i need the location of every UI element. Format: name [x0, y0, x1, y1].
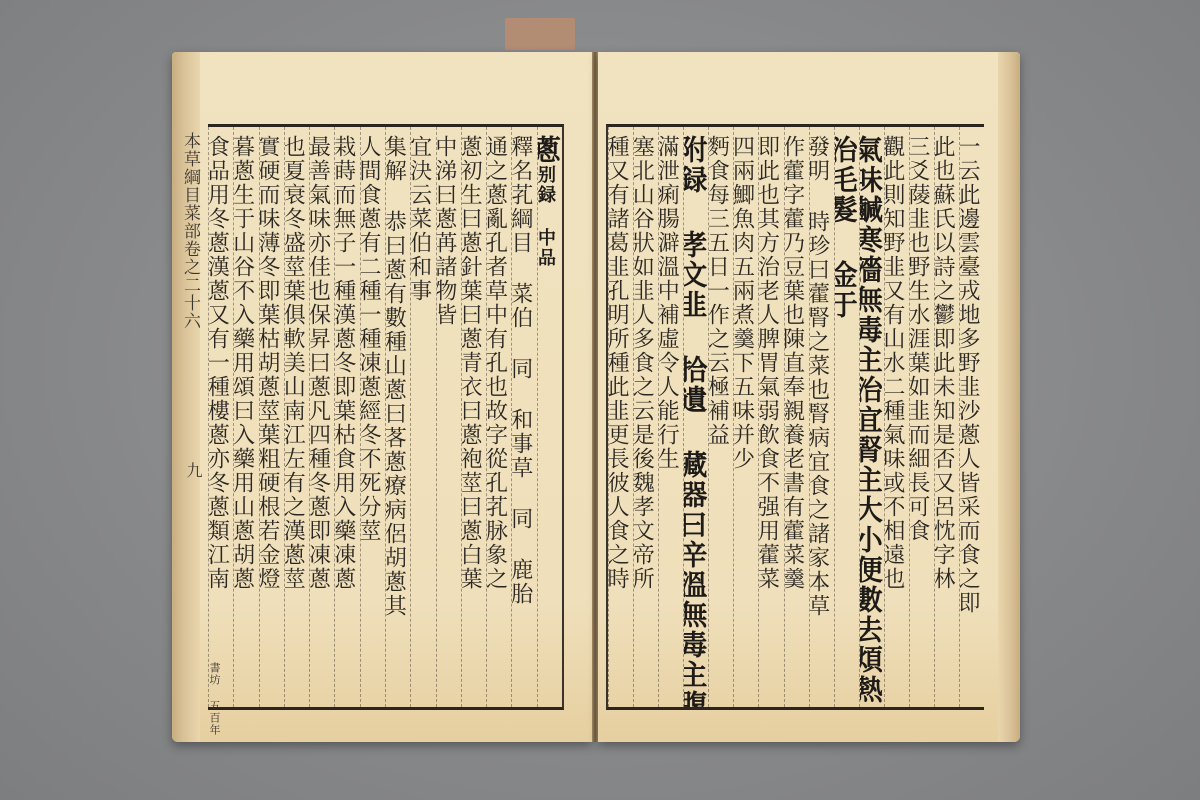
text-column: 一云此邊雲臺戎地多野韭沙蔥人皆采而食之即: [959, 127, 984, 707]
text-column: 塞北山谷狀如韭人多食之云是後魏孝文帝所: [633, 127, 658, 707]
text-column: 三爻䔖韭也野生水涯葉如韭而細長可食: [909, 127, 934, 707]
text-column: 四兩鯽魚肉五兩煮羹下五味并少: [733, 127, 758, 707]
text-column: 觀此則知野韭又有山水二種氣味或不相遠也: [884, 127, 909, 707]
text-column: 通之蔥亂孔者草中有孔也故字從孔芤脉象之: [486, 127, 511, 707]
left-text-frame: 蔥别録 中品 釋名芤綱目 菜伯 同 和事草 同 鹿胎 通之蔥亂孔者草中有孔也故字…: [208, 124, 564, 710]
text-column: 也夏衰冬盛莖葉俱軟美山南江左有之漢蔥莖: [284, 127, 309, 707]
right-text-frame: 一云此邊雲臺戎地多野韭沙蔥人皆采而食之即 此也蘇氏以詩之鬱即此未知是否又呂忱字林…: [606, 124, 984, 710]
text-column: 作藿字藿乃豆葉也陳直奉親養老書有藿菜羹: [784, 127, 809, 707]
left-margin-title: 本草綱目菜部卷之二十六: [178, 132, 203, 330]
text-column: 滿泄痢腸澼溫中補虛令人能行生: [658, 127, 683, 707]
text-column: 中涕曰蔥苒諸物皆: [436, 127, 461, 707]
text-column: 集解 恭曰蔥有數種山蔥曰茖蔥療病侶胡蔥其: [385, 127, 410, 707]
text-column: 釋名芤綱目 菜伯 同 和事草 同 鹿胎: [511, 127, 536, 707]
text-column: 暮蔥生于山谷不入藥用頌曰入藥用山蔥胡蔥: [233, 127, 258, 707]
left-page: 本草綱目菜部卷之二十六 九 書坊 五百年 蔥别録 中品 釋名芤綱目 菜伯 同 和…: [172, 52, 592, 742]
red-seal-stamp: [505, 18, 575, 50]
text-column: 人間食蔥有二種一種凍蔥經冬不死分莖: [360, 127, 385, 707]
entry-heading-cong: 蔥别録 中品: [537, 127, 562, 707]
text-column: 種又有諸葛韭孔明所種此韭更長彼人食之時: [608, 127, 633, 707]
text-column: 蔥初生曰蔥針葉曰蔥青衣曰蔥袍莖曰蔥白葉: [461, 127, 486, 707]
text-column: 即此也其方治老人脾胃氣弱飲食不强用藿菜: [758, 127, 783, 707]
text-column: 食品用冬蔥漢蔥又有一種樓蔥亦冬蔥類江南: [208, 127, 233, 707]
text-column: 最善氣味亦佳也保昇曰蔥凡四種冬蔥即凍蔥: [309, 127, 334, 707]
text-column: 麪食每三五日一作之云極補益: [708, 127, 733, 707]
qiwei-heading-column: 氣味鹹寒濇無毒主治宜腎主大小便數去煩熱: [859, 127, 884, 707]
left-page-number: 九: [182, 462, 205, 479]
text-column: 栽蒔而無子一種漢蔥冬即葉枯食用入藥凍蔥: [334, 127, 359, 707]
text-column: 宜決云菜伯和事: [410, 127, 435, 707]
right-margin-title: 本草綱目菜部卷之二十六: [993, 127, 1018, 325]
fulu-heading-column: 附録 孝文韭 拾遺 藏器曰辛溫無毒主腹內冷脹: [683, 127, 708, 707]
right-page: 本草綱目菜部卷之二十六 一云此邊雲臺戎地多野韭沙蔥人皆采而食之即 此也蘇氏以詩之…: [598, 52, 1020, 742]
text-column: 實硬而味薄冬即葉枯胡蔥莖葉粗硬根若金燈: [259, 127, 284, 707]
zhi-maofa-column: 治毛髮 金于: [834, 127, 859, 707]
open-book: 本草綱目菜部卷之二十六 九 書坊 五百年 蔥别録 中品 釋名芤綱目 菜伯 同 和…: [172, 52, 1020, 752]
text-column: 發明 時珍曰藿腎之菜也腎病宜食之諸家本草: [809, 127, 834, 707]
text-column: 此也蘇氏以詩之鬱即此未知是否又呂忱字林: [934, 127, 959, 707]
